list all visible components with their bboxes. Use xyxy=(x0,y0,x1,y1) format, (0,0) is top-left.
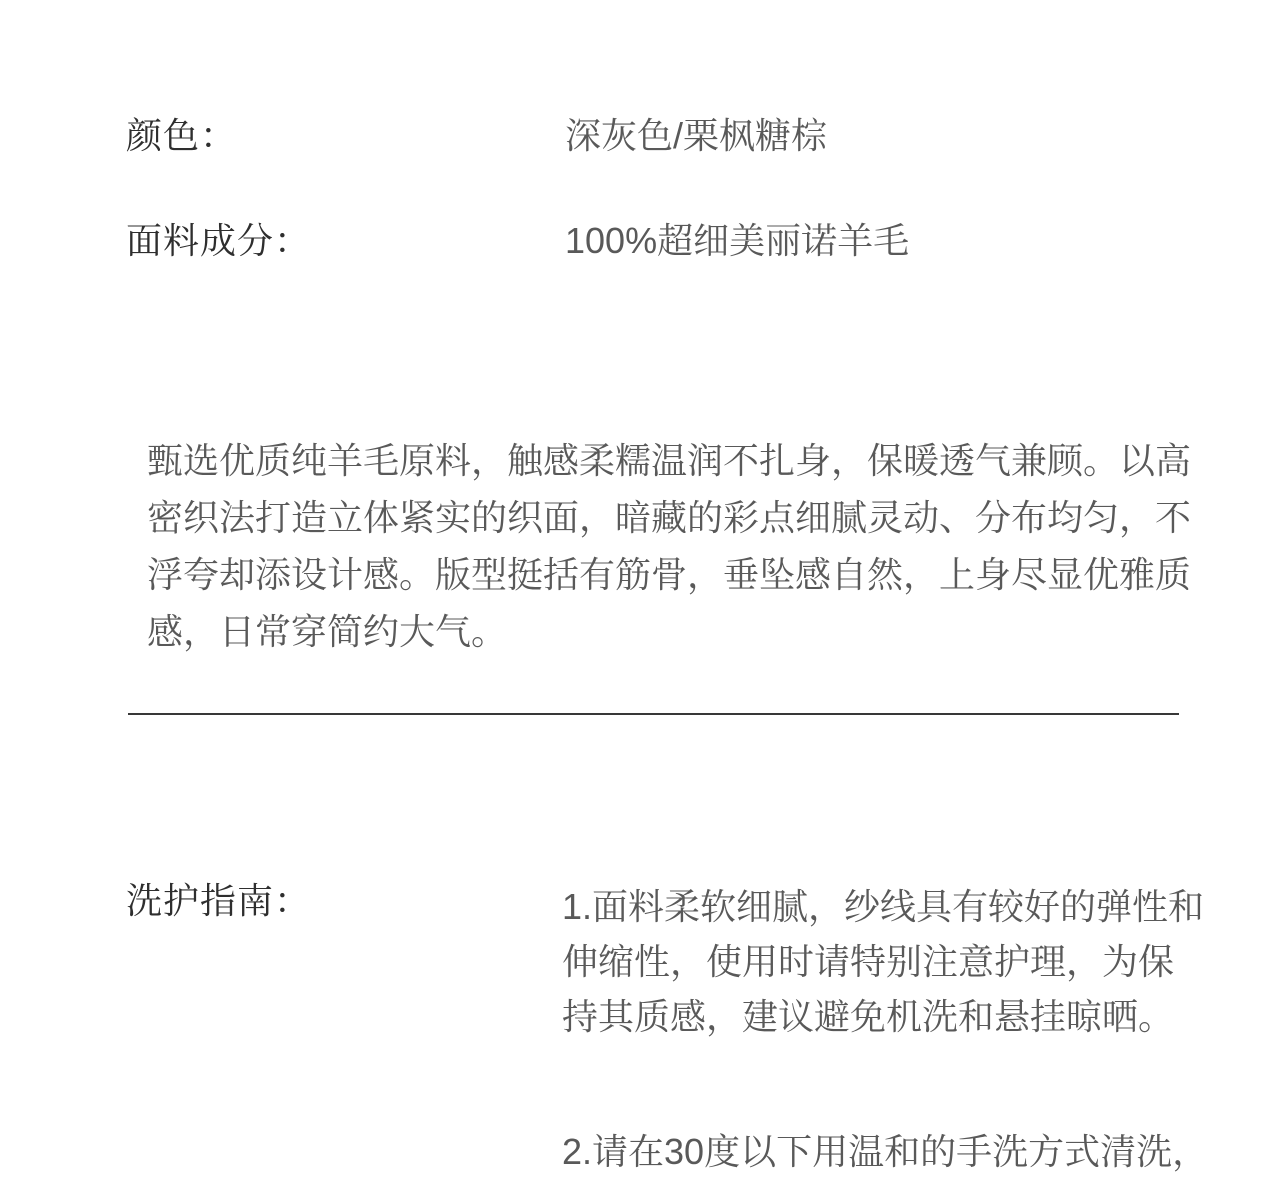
fabric-composition-value: 100%超细美丽诺羊毛 xyxy=(565,219,909,263)
description-line-2: 密织法打造立体紧实的织面，暗藏的彩点细腻灵动、分布均匀，不 xyxy=(147,489,1191,546)
care-instruction-1-line-3: 持其质感，建议避免机洗和悬挂晾晒。 xyxy=(562,989,1204,1044)
color-label: 颜色： xyxy=(126,114,237,158)
section-divider xyxy=(128,713,1179,715)
care-instruction-1-line-2: 伸缩性，使用时请特别注意护理，为保 xyxy=(562,934,1204,989)
description-line-4: 感，日常穿简约大气。 xyxy=(147,603,1191,660)
description-line-1: 甄选优质纯羊毛原料，触感柔糯温润不扎身，保暖透气兼顾。以高 xyxy=(147,432,1191,489)
product-description: 甄选优质纯羊毛原料，触感柔糯温润不扎身，保暖透气兼顾。以高 密织法打造立体紧实的… xyxy=(147,432,1191,660)
care-instruction-1: 1.面料柔软细腻，纱线具有较好的弹性和 伸缩性，使用时请特别注意护理，为保 持其… xyxy=(562,879,1204,1044)
fabric-composition-label: 面料成分： xyxy=(126,219,311,263)
product-detail-page: { "page": { "background_color": "#ffffff… xyxy=(0,0,1280,1185)
description-line-3: 浮夸却添设计感。版型挺括有筋骨，垂坠感自然，上身尽显优雅质 xyxy=(147,546,1191,603)
care-instruction-1-line-1: 1.面料柔软细腻，纱线具有较好的弹性和 xyxy=(562,879,1204,934)
color-value: 深灰色/栗枫糖棕 xyxy=(565,114,827,158)
care-instruction-2: 2.请在30度以下用温和的手洗方式清洗， xyxy=(562,1124,1208,1179)
care-instruction-2-line-1: 2.请在30度以下用温和的手洗方式清洗， xyxy=(562,1124,1208,1179)
care-guide-label: 洗护指南： xyxy=(126,879,311,923)
